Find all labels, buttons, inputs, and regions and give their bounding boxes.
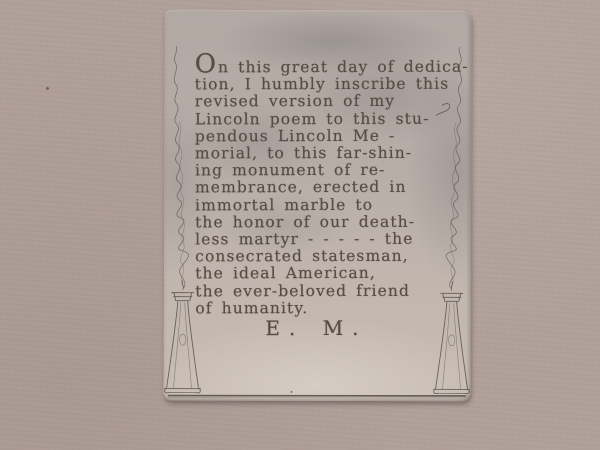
inscription-line: On this great day of dedica- — [195, 58, 451, 77]
inscription: On this great day of dedica- tion, I hum… — [195, 58, 452, 338]
inscription-line: the ideal American, — [195, 265, 451, 283]
inscription-line: membrance, erected in — [195, 179, 451, 197]
dust-speck — [46, 87, 49, 90]
etched-ground-line — [169, 395, 466, 396]
inscription-line: of humanity. — [195, 300, 451, 318]
inscription-line: Lincoln poem to this stu- — [195, 110, 451, 128]
inscription-line: tion, I humbly inscribe this — [195, 76, 451, 94]
inscription-line: the honor of our death- — [195, 214, 451, 232]
inscription-line: morial, to this far-shin- — [195, 145, 451, 163]
inscription-line: ing monument of re- — [195, 162, 451, 180]
artist-initials: E. M. — [265, 320, 451, 338]
etched-dedication-card: On this great day of dedica- tion, I hum… — [163, 10, 471, 402]
inscription-line: less martyr - - - - - the — [195, 231, 451, 249]
inscription-line: consecrated statesman, — [195, 248, 451, 266]
inscription-line: the ever-beloved friend — [195, 282, 451, 300]
ink-speck — [291, 391, 293, 393]
inscription-line: immortal marble to — [195, 196, 451, 214]
inscription-line: pendous Lincoln Me - — [195, 127, 451, 145]
inscription-line: revised version of my — [195, 93, 451, 111]
